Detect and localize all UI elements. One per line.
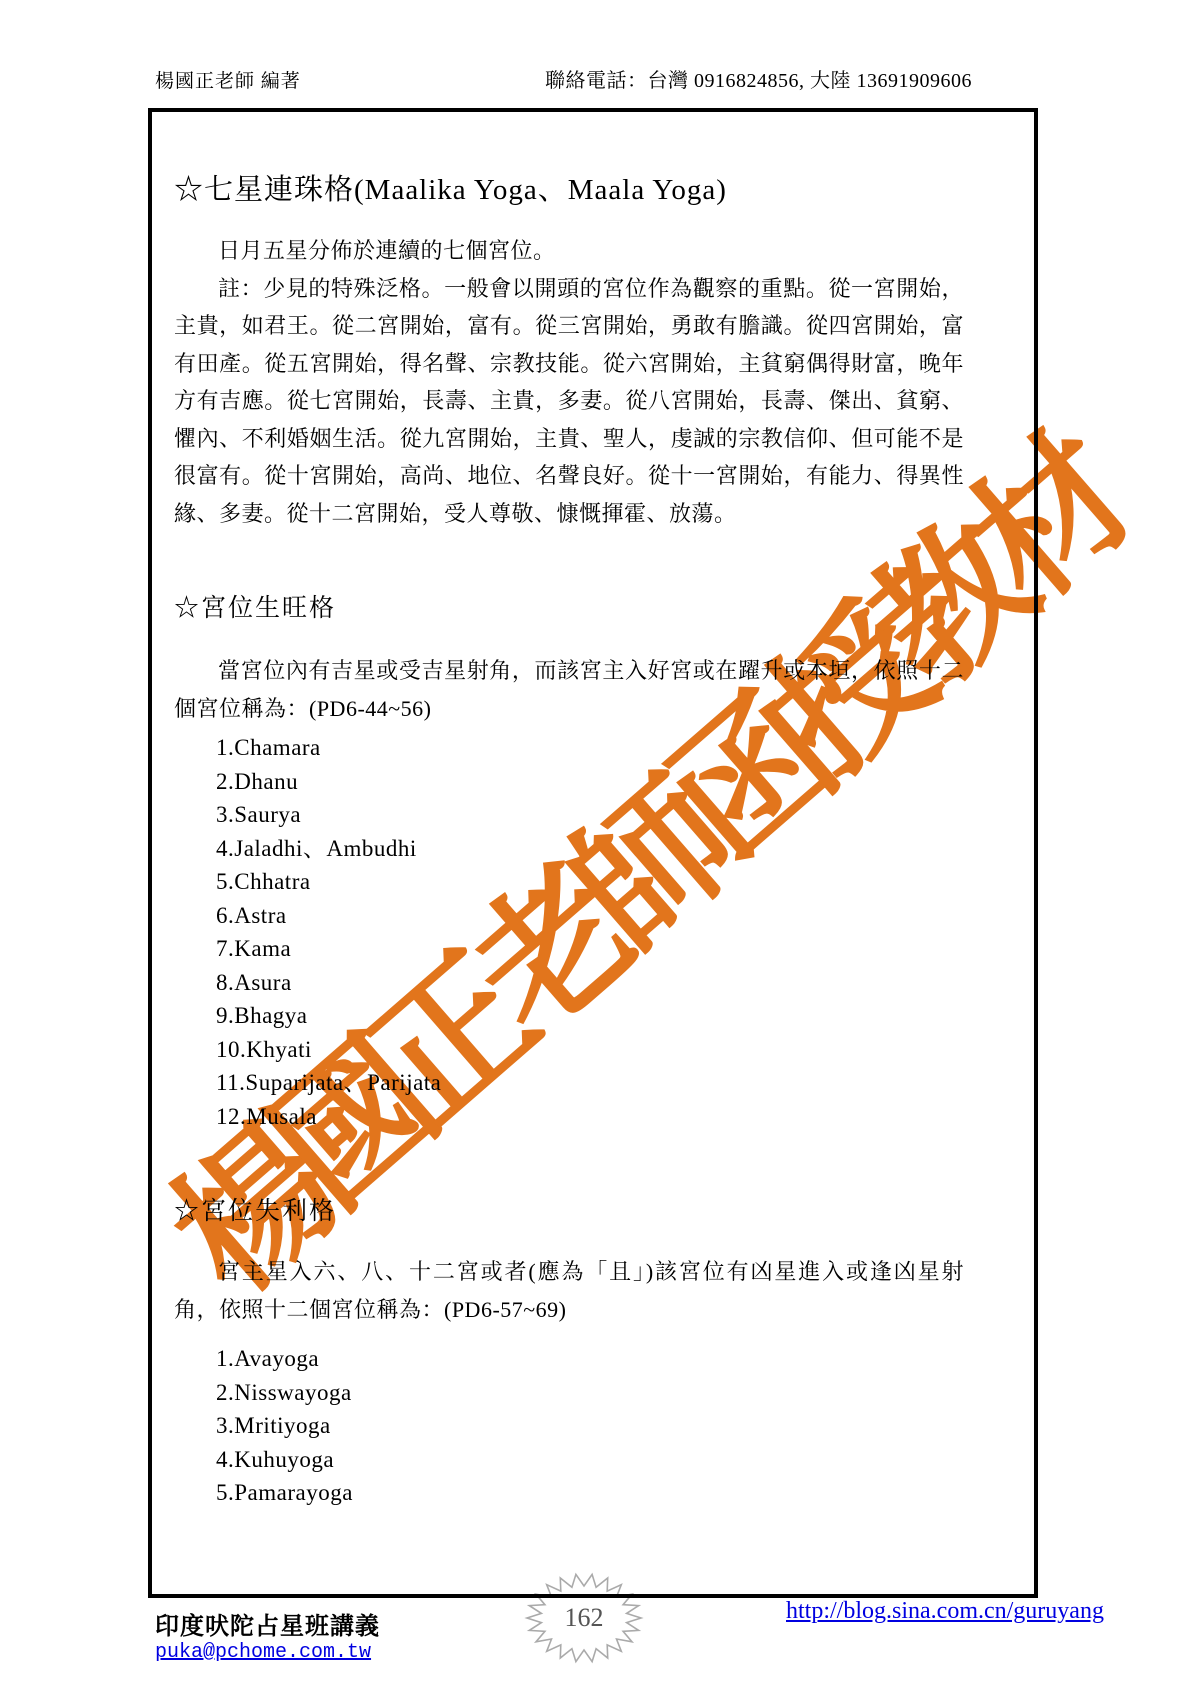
section3-desc: 宮主星入六、八、十二宮或者(應為「且」)該宮位有凶星進入或逢凶星射角，依照十二個… (174, 1253, 964, 1328)
list-item: 4.Jaladhi、Ambudhi (216, 832, 964, 866)
list-item: 3.Mritiyoga (216, 1409, 964, 1443)
section3-yoga-list: 1.Avayoga 2.Nisswayoga 3.Mritiyoga 4.Kuh… (216, 1342, 964, 1510)
header-contact: 聯絡電話：台灣 0916824856, 大陸 13691909606 (545, 64, 972, 93)
list-item: 9.Bhagya (216, 999, 964, 1033)
list-item: 7.Kama (216, 932, 964, 966)
list-item: 12.Musala (216, 1100, 964, 1134)
document-page: 楊國正老師 編著 聯絡電話：台灣 0916824856, 大陸 13691909… (0, 0, 1190, 1683)
list-item: 10.Khyati (216, 1033, 964, 1067)
section1-note: 註：少見的特殊泛格。一般會以開頭的宮位作為觀察的重點。從一宮開始，主貴，如君王。… (174, 270, 964, 533)
footer-course-title: 印度吠陀占星班講義 (155, 1606, 380, 1641)
list-item: 2.Dhanu (216, 765, 964, 799)
list-item: 3.Saurya (216, 798, 964, 832)
section3-title: ☆宮位失利格 (174, 1195, 964, 1229)
list-item: 5.Pamarayoga (216, 1476, 964, 1510)
section1-intro: 日月五星分佈於連續的七個宮位。 (174, 232, 964, 270)
section2-desc: 當宮位內有吉星或受吉星射角，而該宮主入好宮或在躍升或本垣，依照十二個宮位稱為：(… (174, 652, 964, 727)
header-author: 楊國正老師 編著 (155, 66, 301, 93)
list-item: 1.Avayoga (216, 1342, 964, 1376)
section1-title: ☆七星連珠格(Maalika Yoga、Maala Yoga) (174, 170, 964, 210)
footer-url-link[interactable]: http://blog.sina.com.cn/guruyang (786, 1598, 1104, 1625)
footer-email-link[interactable]: puka@pchome.com.tw (155, 1641, 371, 1664)
section2-title: ☆宮位生旺格 (174, 592, 964, 626)
list-item: 2.Nisswayoga (216, 1376, 964, 1410)
list-item: 11.Suparijata、Parijata (216, 1066, 964, 1100)
list-item: 5.Chhatra (216, 865, 964, 899)
list-item: 1.Chamara (216, 731, 964, 765)
list-item: 6.Astra (216, 899, 964, 933)
list-item: 8.Asura (216, 966, 964, 1000)
list-item: 4.Kuhuyoga (216, 1443, 964, 1477)
section2-yoga-list: 1.Chamara 2.Dhanu 3.Saurya 4.Jaladhi、Amb… (216, 731, 964, 1133)
content-border-box: ☆七星連珠格(Maalika Yoga、Maala Yoga) 日月五星分佈於連… (148, 108, 1038, 1598)
